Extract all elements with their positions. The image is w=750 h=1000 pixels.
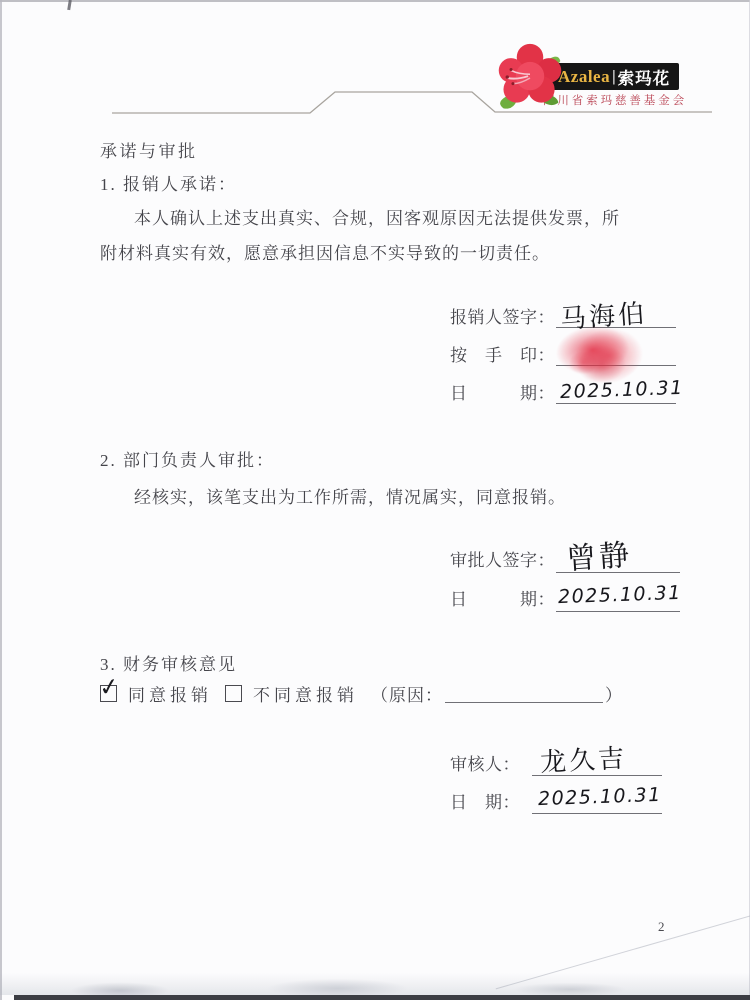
s3-date-label: 日 期： [450, 788, 520, 813]
section3-heading: 3. 财务审核意见 [100, 650, 237, 675]
scan-bottom-edge [14, 995, 750, 1000]
s3-sign-label: 审核人： [450, 750, 520, 775]
s2-sign-label: 审批人签字： [450, 546, 555, 571]
s3-signature-handwriting: 龙久吉 [539, 738, 628, 780]
reject-label: 不同意报销 [253, 681, 358, 706]
reason-blank-line [445, 702, 603, 703]
s1-date-line [556, 403, 676, 404]
s1-sign-label: 报销人签字： [450, 303, 555, 328]
approve-checkbox: ✓ [100, 685, 117, 702]
approve-label: 同意报销 [128, 681, 212, 706]
reject-checkbox [225, 685, 242, 702]
reason-close-paren: ） [605, 681, 623, 706]
scan-bottom-shadow [0, 973, 750, 995]
section2-body: 经核实，该笔支出为工作所需，情况属实，同意报销。 [134, 483, 566, 508]
section2-heading: 2. 部门负责人审批： [100, 446, 275, 471]
scan-edge-left [0, 0, 2, 1000]
checkmark-handwriting: ✓ [97, 672, 121, 703]
logo-banner: Azalea | 索玛花 [549, 63, 679, 90]
page-number: 2 [658, 919, 665, 935]
logo-brand-cn: 索玛花 [618, 65, 671, 89]
s3-date-line [532, 813, 662, 814]
reason-prefix: （原因： [371, 681, 443, 706]
section1-body-line1: 本人确认上述支出真实、合规，因客观原因无法提供发票，所 [134, 204, 620, 229]
s1-date-label: 日 期： [450, 379, 555, 404]
s2-date-handwriting: 2025.10.31 [558, 582, 682, 608]
s2-date-line [556, 611, 680, 612]
s1-fingerprint-label: 按 手 印： [450, 341, 555, 366]
scan-artifact-tick [67, 0, 72, 10]
section1-body-line2: 附材料真实有效，愿意承担因信息不实导致的一切责任。 [100, 239, 550, 264]
s2-date-label: 日 期： [450, 585, 555, 610]
s3-date-handwriting: 2025.10.31 [538, 784, 662, 810]
logo-divider: | [612, 68, 616, 86]
s2-signature-handwriting: 曾静 [565, 530, 634, 578]
finance-decision-row: ✓ 同意报销 不同意报销 （原因： ） [100, 681, 623, 706]
scan-edge-top [0, 0, 750, 2]
section1-heading: 1. 报销人承诺： [100, 170, 237, 195]
doc-title: 承诺与审批 [100, 137, 198, 162]
azalea-flower-icon [494, 42, 566, 114]
scanned-document-page: Azalea | 索玛花 四川省索玛慈善基金会 承诺与审批 1. 报销人承诺： … [0, 0, 750, 1000]
